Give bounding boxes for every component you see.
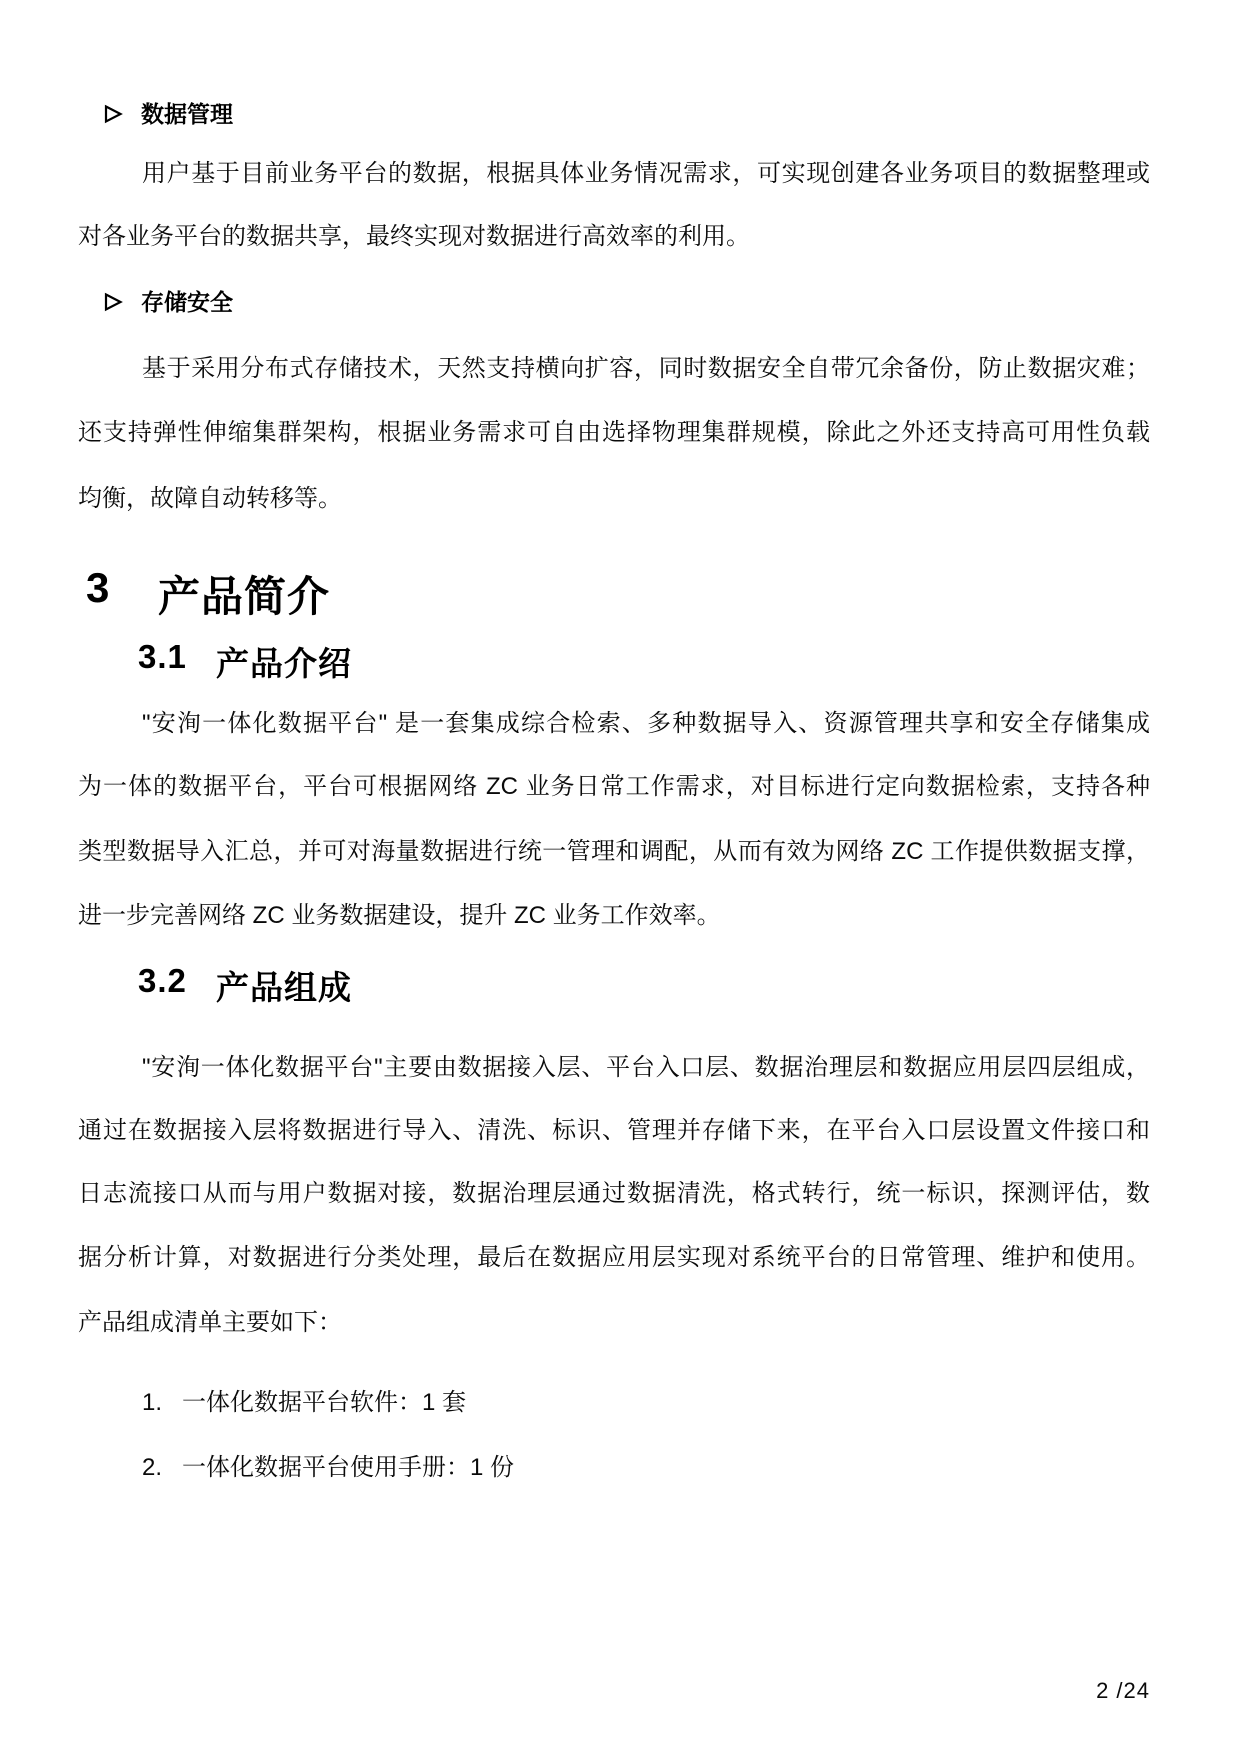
page-number: 2 /24: [1096, 1678, 1150, 1704]
heading-number: 3.1: [138, 638, 216, 685]
bullet-heading-label: 存储安全: [141, 284, 233, 317]
heading-title: 产品组成: [216, 962, 352, 1009]
chapter-heading: 3 产品简介: [86, 564, 330, 624]
paragraph-line: 类型数据导入汇总，并可对海量数据进行统一管理和调配，从而有效为网络 ZC 工作提…: [78, 836, 1150, 868]
heading-title: 产品简介: [158, 564, 330, 624]
paragraph-line: 产品组成清单主要如下：: [78, 1307, 1150, 1339]
paragraph-line: 对各业务平台的数据共享，最终实现对数据进行高效率的利用。: [78, 221, 1150, 253]
paragraph-line: 还支持弹性伸缩集群架构，根据业务需求可自由选择物理集群规模，除此之外还支持高可用…: [78, 417, 1150, 449]
heading-number: 3: [86, 564, 158, 624]
paragraph-line: 均衡，故障自动转移等。: [78, 483, 1150, 515]
list-item-text: 一体化数据平台软件：1 套: [182, 1387, 466, 1419]
bullet-heading-storage-security: 存储安全: [103, 284, 233, 317]
document-page: 数据管理 用户基于目前业务平台的数据，根据具体业务情况需求，可实现创建各业务项目…: [0, 0, 1240, 1754]
bullet-heading-data-management: 数据管理: [103, 96, 233, 129]
list-item-number: 2.: [142, 1452, 182, 1484]
ordered-list-item: 2. 一体化数据平台使用手册：1 份: [142, 1452, 514, 1484]
paragraph-line: 通过在数据接入层将数据进行导入、清洗、标识、管理并存储下来，在平台入口层设置文件…: [78, 1115, 1150, 1147]
subsection-heading-intro: 3.1 产品介绍: [138, 638, 352, 685]
paragraph-line: "安洵一体化数据平台"主要由数据接入层、平台入口层、数据治理层和数据应用层四层组…: [78, 1052, 1150, 1084]
paragraph-line: 用户基于目前业务平台的数据，根据具体业务情况需求，可实现创建各业务项目的数据整理…: [78, 158, 1150, 190]
paragraph-line: 为一体的数据平台，平台可根据网络 ZC 业务日常工作需求，对目标进行定向数据检索…: [78, 771, 1150, 803]
paragraph-line: "安洵一体化数据平台" 是一套集成综合检索、多种数据导入、资源管理共享和安全存储…: [78, 708, 1150, 740]
paragraph-line: 日志流接口从而与用户数据对接，数据治理层通过数据清洗，格式转行，统一标识，探测评…: [78, 1178, 1150, 1210]
paragraph-line: 据分析计算，对数据进行分类处理，最后在数据应用层实现对系统平台的日常管理、维护和…: [78, 1242, 1150, 1274]
subsection-heading-composition: 3.2 产品组成: [138, 962, 352, 1009]
arrow-bullet-icon: [103, 292, 124, 312]
heading-title: 产品介绍: [216, 638, 352, 685]
paragraph-line: 进一步完善网络 ZC 业务数据建设，提升 ZC 业务工作效率。: [78, 900, 1150, 932]
list-item-text: 一体化数据平台使用手册：1 份: [182, 1452, 514, 1484]
bullet-heading-label: 数据管理: [141, 96, 233, 129]
ordered-list-item: 1. 一体化数据平台软件：1 套: [142, 1387, 466, 1419]
arrow-bullet-icon: [103, 104, 124, 124]
list-item-number: 1.: [142, 1387, 182, 1419]
heading-number: 3.2: [138, 962, 216, 1009]
paragraph-line: 基于采用分布式存储技术，天然支持横向扩容，同时数据安全自带冗余备份，防止数据灾难…: [78, 353, 1150, 385]
